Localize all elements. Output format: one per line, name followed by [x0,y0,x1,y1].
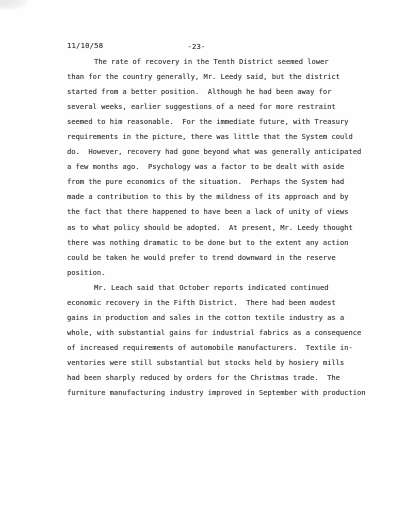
text-line-p1-l11: the fact that there happened to have bee… [67,205,357,220]
page-header: 11/10/58 -23- [0,41,393,53]
text-line-p1-l7: do. However, recovery had gone beyond wh… [67,145,357,160]
text-line-p2-l4: whole, with substantial gains for indust… [67,326,357,341]
text-line-p2-l1: Mr. Leach said that October reports indi… [67,281,357,296]
document-body: The rate of recovery in the Tenth Distri… [67,55,357,401]
text-line-p1-l15: position. [67,266,357,281]
text-line-p2-l3: gains in production and sales in the cot… [67,311,357,326]
text-line-p1-l6: requirements in the picture, there was l… [67,130,357,145]
text-line-p1-l13: there was nothing dramatic to be done bu… [67,236,357,251]
text-line-p1-l2: than for the country generally, Mr. Leed… [67,70,357,85]
text-line-p2-l7: had been sharply reduced by orders for t… [67,371,357,386]
text-line-p1-l4: several weeks, earlier suggestions of a … [67,100,357,115]
text-line-p1-l5: seemed to him reasonable. For the immedi… [67,115,357,130]
page-number: -23- [0,42,393,51]
text-line-p1-l3: started from a better position. Although… [67,85,357,100]
text-line-p2-l8: furniture manufacturing industry improve… [67,386,357,401]
text-line-p2-l5: of increased requirements of automobile … [67,341,357,356]
scan-smudge-artifact [0,0,28,10]
document-page: 11/10/58 -23- The rate of recovery in th… [0,0,393,512]
text-line-p1-l1: The rate of recovery in the Tenth Distri… [67,55,357,70]
text-line-p1-l10: made a contribution to this by the mildn… [67,190,357,205]
text-line-p1-l14: could be taken he would prefer to trend … [67,251,357,266]
text-line-p2-l2: economic recovery in the Fifth District.… [67,296,357,311]
text-line-p1-l8: a few months ago. Psychology was a facto… [67,160,357,175]
text-line-p1-l9: from the pure economics of the situation… [67,175,357,190]
text-line-p2-l6: ventories were still substantial but sto… [67,356,357,371]
text-line-p1-l12: as to what policy should be adopted. At … [67,221,357,236]
